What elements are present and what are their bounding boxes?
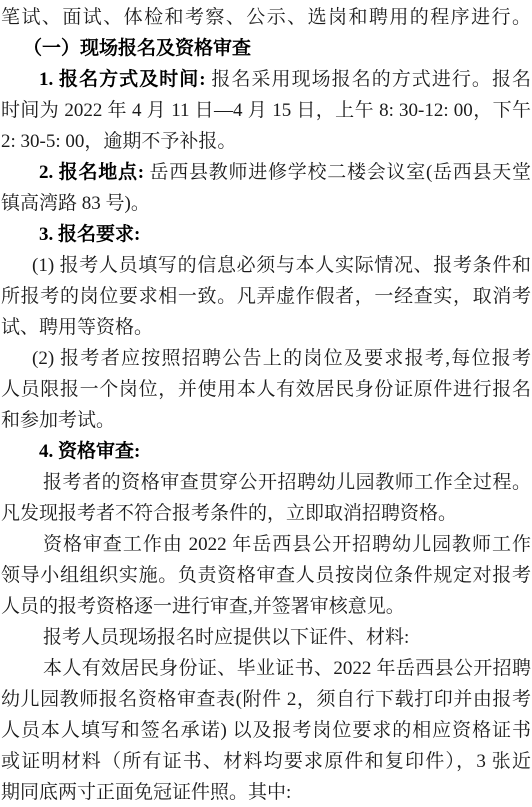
text-line: (2) 报考者应按照招聘公告上的岗位及要求报考,每位报考: [1, 343, 531, 374]
bold-heading-text: 4. 资格审查:: [39, 441, 140, 462]
body-text: 或证明材料（所有证书、材料均要求原件和复印件），3 张近: [1, 751, 531, 772]
text-line: 人员的报考资格逐一进行审查,并签署审核意见。: [1, 591, 531, 622]
body-text: 资格审查工作由 2022 年岳西县公开招聘幼儿园教师工作: [43, 534, 531, 555]
text-line: 报考者的资格审查贯穿公开招聘幼儿园教师工作全过程。: [1, 467, 531, 498]
text-line: 时间为 2022 年 4 月 11 日—4 月 15 日，上午 8: 30-12…: [1, 95, 531, 126]
body-text: 笔试、面试、体检和考察、公示、选岗和聘用的程序进行。: [1, 7, 531, 28]
body-text: 岳西县教师进修学校二楼会议室(岳西县天堂: [144, 162, 531, 183]
bold-heading-text: 1. 报名方式及时间:: [39, 69, 206, 90]
body-text: 人员限报一个岗位，并使用本人有效居民身份证原件进行报名: [1, 379, 531, 400]
body-text: 人员本人填写和签名承诺) 以及报考岗位要求的相应资格证书: [1, 720, 531, 741]
body-text: 报考人员现场报名时应提供以下证件、材料:: [43, 627, 409, 648]
text-line: 1. 报名方式及时间: 报名采用现场报名的方式进行。报名: [1, 64, 531, 95]
text-line: 期同底两寸正面免冠证件照。其中:: [1, 777, 531, 807]
text-line: 本人有效居民身份证、毕业证书、2022 年岳西县公开招聘: [1, 653, 531, 684]
text-line: 报考人员现场报名时应提供以下证件、材料:: [1, 622, 531, 653]
body-text: 镇高湾路 83 号)。: [1, 193, 150, 214]
body-text: 所报考的岗位要求相一致。凡弄虚作假者，一经查实，取消考: [1, 286, 531, 307]
body-text: 幼儿园教师报名资格审查表(附件 2，须自行下载打印并由报考: [1, 689, 531, 710]
body-text: 报考者的资格审查贯穿公开招聘幼儿园教师工作全过程。: [43, 472, 531, 493]
body-text: 试、聘用等资格。: [1, 317, 153, 338]
document-body: 笔试、面试、体检和考察、公示、选岗和聘用的程序进行。（一）现场报名及资格审查1.…: [1, 2, 531, 807]
text-line: 镇高湾路 83 号)。: [1, 188, 531, 219]
text-line: 笔试、面试、体检和考察、公示、选岗和聘用的程序进行。: [1, 2, 531, 33]
text-line: 试、聘用等资格。: [1, 312, 531, 343]
bold-heading-text: 2. 报名地点:: [39, 162, 144, 183]
body-text: 人员的报考资格逐一进行审查,并签署审核意见。: [1, 596, 405, 617]
body-text: 2: 30-5: 00，逾期不予补报。: [1, 131, 236, 152]
body-text: 报名采用现场报名的方式进行。报名: [206, 69, 531, 90]
text-line: 所报考的岗位要求相一致。凡弄虚作假者，一经查实，取消考: [1, 281, 531, 312]
text-line: 资格审查工作由 2022 年岳西县公开招聘幼儿园教师工作: [1, 529, 531, 560]
body-text: 本人有效居民身份证、毕业证书、2022 年岳西县公开招聘: [43, 658, 531, 679]
text-line: 人员限报一个岗位，并使用本人有效居民身份证原件进行报名: [1, 374, 531, 405]
text-line: 人员本人填写和签名承诺) 以及报考岗位要求的相应资格证书: [1, 715, 531, 746]
text-line: 凡发现报考者不符合报考条件的，立即取消招聘资格。: [1, 498, 531, 529]
text-line: 或证明材料（所有证书、材料均要求原件和复印件），3 张近: [1, 746, 531, 777]
text-line: 和参加考试。: [1, 405, 531, 436]
body-text: 凡发现报考者不符合报考条件的，立即取消招聘资格。: [1, 503, 457, 524]
bold-heading-text: （一）现场报名及资格审查: [23, 38, 251, 59]
heading-line: 4. 资格审查:: [1, 436, 531, 467]
heading-line: （一）现场报名及资格审查: [1, 33, 531, 64]
heading-line: 3. 报名要求:: [1, 219, 531, 250]
text-line: 幼儿园教师报名资格审查表(附件 2，须自行下载打印并由报考: [1, 684, 531, 715]
body-text: 和参加考试。: [1, 410, 115, 431]
body-text: 领导小组组织实施。负责资格审查人员按岗位条件规定对报考: [1, 565, 531, 586]
body-text: (1) 报考人员填写的信息必须与本人实际情况、报考条件和: [32, 255, 531, 276]
body-text: 期同底两寸正面免冠证件照。其中:: [1, 782, 291, 803]
text-line: 2. 报名地点: 岳西县教师进修学校二楼会议室(岳西县天堂: [1, 157, 531, 188]
text-line: (1) 报考人员填写的信息必须与本人实际情况、报考条件和: [1, 250, 531, 281]
bold-heading-text: 3. 报名要求:: [39, 224, 140, 245]
text-line: 2: 30-5: 00，逾期不予补报。: [1, 126, 531, 157]
text-line: 领导小组组织实施。负责资格审查人员按岗位条件规定对报考: [1, 560, 531, 591]
document-page: 笔试、面试、体检和考察、公示、选岗和聘用的程序进行。（一）现场报名及资格审查1.…: [0, 0, 532, 807]
body-text: 时间为 2022 年 4 月 11 日—4 月 15 日，上午 8: 30-12…: [1, 100, 531, 121]
body-text: (2) 报考者应按照招聘公告上的岗位及要求报考,每位报考: [32, 348, 531, 369]
